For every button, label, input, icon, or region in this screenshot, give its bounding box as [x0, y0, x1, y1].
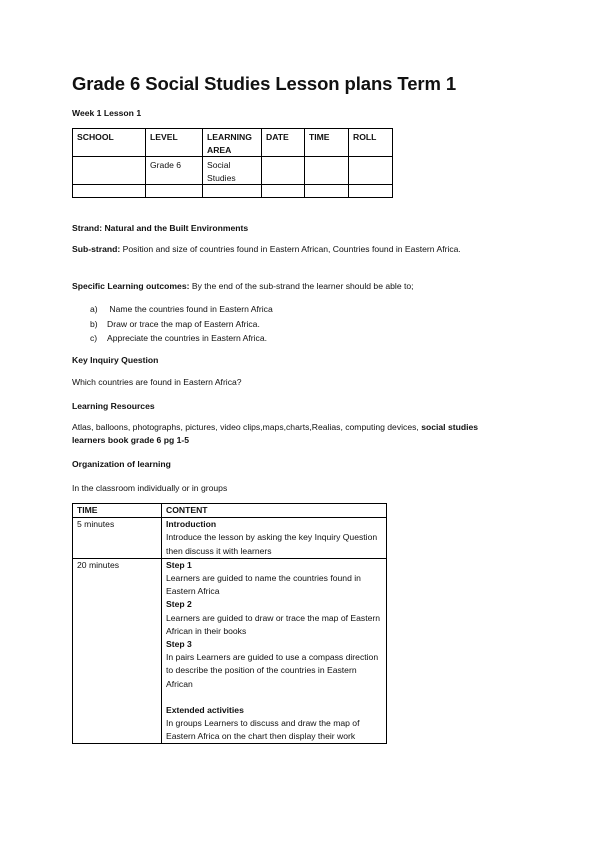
meta-cell-level [146, 185, 203, 198]
meta-header-learning-area: LEARNING AREA [203, 129, 262, 157]
meta-cell-roll [349, 157, 393, 185]
meta-header-roll: ROLL [349, 129, 393, 157]
outcome-text: Appreciate the countries in Eastern Afri… [107, 331, 267, 346]
outcome-item: c) Appreciate the countries in Eastern A… [90, 331, 273, 346]
plan-time-cell: 5 minutes [73, 518, 162, 559]
plan-header-time: TIME [73, 504, 162, 518]
sub-strand-label: Sub-strand: [72, 244, 120, 254]
block-title-extended-activities: Extended activities [166, 704, 382, 717]
meta-row: Grade 6 Social Studies [73, 157, 393, 185]
outcome-item: b) Draw or trace the map of Eastern Afri… [90, 317, 273, 332]
plan-content-cell: Step 1 Learners are guided to name the c… [162, 558, 387, 744]
meta-header-school: SCHOOL [73, 129, 146, 157]
page-title: Grade 6 Social Studies Lesson plans Term… [72, 73, 456, 95]
outcome-marker: a) [90, 302, 107, 317]
plan-row: 5 minutes Introduction Introduce the les… [73, 518, 387, 559]
key-inquiry-heading: Key Inquiry Question [72, 355, 158, 365]
block-text-introduction: Introduce the lesson by asking the key I… [166, 531, 382, 557]
block-title-step-1: Step 1 [166, 559, 382, 572]
learning-resources-heading: Learning Resources [72, 401, 155, 411]
meta-cell-school [73, 185, 146, 198]
lesson-plan-table: TIME CONTENT 5 minutes Introduction Intr… [72, 503, 387, 744]
meta-header-time: TIME [305, 129, 349, 157]
lesson-meta-table: SCHOOL LEVEL LEARNING AREA DATE TIME ROL… [72, 128, 393, 198]
sub-strand-paragraph: Sub-strand: Position and size of countri… [72, 243, 512, 256]
sub-strand-value: Position and size of countries found in … [123, 244, 461, 254]
strand-line: Strand: Natural and the Built Environmen… [72, 222, 512, 235]
block-text-step-3: In pairs Learners are guided to use a co… [166, 651, 382, 691]
learning-outcomes-list: a) Name the countries found in Eastern A… [90, 302, 273, 346]
outcome-marker: b) [90, 317, 107, 332]
block-text-extended-activities: In groups Learners to discuss and draw t… [166, 717, 382, 743]
meta-header-level: LEVEL [146, 129, 203, 157]
meta-cell-date [262, 185, 305, 198]
strand-value: Natural and the Built Environments [104, 223, 248, 233]
learning-outcomes-paragraph: Specific Learning outcomes: By the end o… [72, 280, 512, 293]
meta-cell-time [305, 185, 349, 198]
meta-cell-school [73, 157, 146, 185]
learning-resources-paragraph: Atlas, balloons, photographs, pictures, … [72, 421, 512, 447]
block-text-step-2: Learners are guided to draw or trace the… [166, 612, 382, 638]
learning-outcomes-label: Specific Learning outcomes: [72, 281, 189, 291]
meta-cell-date [262, 157, 305, 185]
learning-outcomes-intro: By the end of the sub-strand the learner… [192, 281, 414, 291]
learning-resources-text: Atlas, balloons, photographs, pictures, … [72, 422, 421, 432]
meta-cell-learning-area: Social Studies [203, 157, 262, 185]
block-title-step-2: Step 2 [166, 598, 382, 611]
meta-row [73, 185, 393, 198]
lesson-subtitle: Week 1 Lesson 1 [72, 108, 141, 118]
block-title-introduction: Introduction [166, 518, 382, 531]
plan-header-content: CONTENT [162, 504, 387, 518]
plan-row: 20 minutes Step 1 Learners are guided to… [73, 558, 387, 744]
meta-cell-roll [349, 185, 393, 198]
meta-cell-learning-area [203, 185, 262, 198]
plan-header-row: TIME CONTENT [73, 504, 387, 518]
plan-time-cell: 20 minutes [73, 558, 162, 744]
organization-heading: Organization of learning [72, 459, 171, 469]
outcome-text: Draw or trace the map of Eastern Africa. [107, 317, 260, 332]
key-inquiry-text: Which countries are found in Eastern Afr… [72, 376, 512, 389]
block-text-step-1: Learners are guided to name the countrie… [166, 572, 382, 598]
meta-header-row: SCHOOL LEVEL LEARNING AREA DATE TIME ROL… [73, 129, 393, 157]
block-title-step-3: Step 3 [166, 638, 382, 651]
meta-cell-level: Grade 6 [146, 157, 203, 185]
outcome-item: a) Name the countries found in Eastern A… [90, 302, 273, 317]
plan-content-cell: Introduction Introduce the lesson by ask… [162, 518, 387, 559]
meta-cell-time [305, 157, 349, 185]
organization-text: In the classroom individually or in grou… [72, 482, 512, 495]
meta-header-date: DATE [262, 129, 305, 157]
outcome-marker: c) [90, 331, 107, 346]
spacer [166, 691, 382, 704]
strand-label: Strand: [72, 223, 102, 233]
outcome-text: Name the countries found in Eastern Afri… [107, 302, 273, 317]
